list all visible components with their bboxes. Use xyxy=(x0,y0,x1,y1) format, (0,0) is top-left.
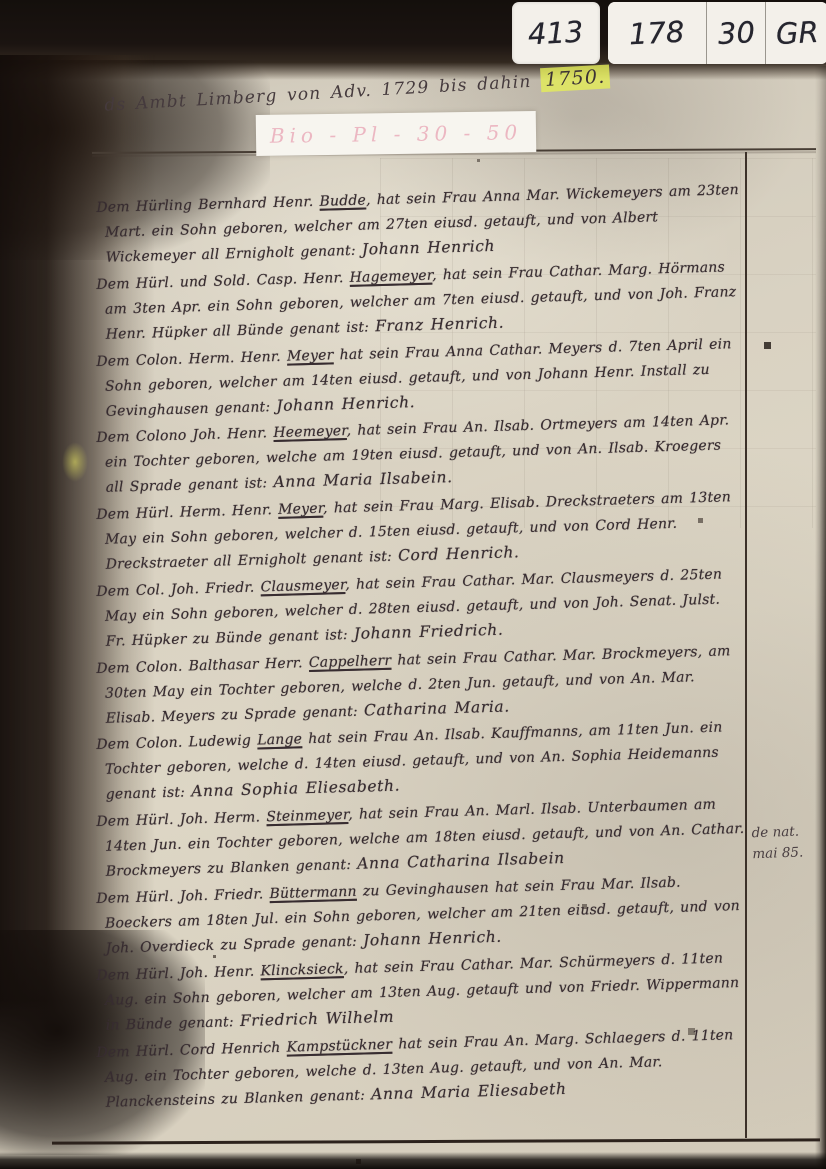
child-name: Anna Maria Ilsabein. xyxy=(273,469,453,492)
scan-border-bottom xyxy=(0,1152,826,1169)
archive-label-cell-2: 178 xyxy=(608,2,707,64)
child-name: Anna Sophia Eliesabeth. xyxy=(191,777,400,801)
child-name: Friedrich Wilhelm xyxy=(240,1008,395,1030)
margin-note: de nat. mai 85. xyxy=(751,821,822,865)
archive-label: 413 178 30 GR xyxy=(512,2,826,64)
archive-code: GR xyxy=(775,15,819,51)
father-surname: Lange xyxy=(257,732,302,749)
register-entry: Dem Hürl. Cord Henrich Kampstückner hat … xyxy=(96,1023,746,1116)
archive-label-divider xyxy=(600,2,608,64)
highlighted-year: 1750. xyxy=(540,64,610,92)
archive-number-2: 178 xyxy=(628,15,685,52)
baptism-entries: Dem Hürling Bernhard Henr. Budde, hat se… xyxy=(96,196,744,1117)
father-surname: Kampstückner xyxy=(286,1036,392,1055)
entry-text-before: Dem Colon. Herm. Henr. xyxy=(96,348,287,369)
archive-label-cell-4: GR xyxy=(766,2,826,64)
entry-text-before: Dem Colon. Ludewig xyxy=(96,733,257,753)
scanned-register-page: 413 178 30 GR ds Ambt Limberg von Adv. 1… xyxy=(0,0,826,1169)
father-surname: Clausmeyer xyxy=(260,577,345,595)
archive-label-group: 178 30 GR xyxy=(608,2,826,64)
archive-stamp: Bio - Pl - 30 - 50 xyxy=(256,111,537,156)
father-surname: Hagemeyer xyxy=(349,267,432,285)
father-surname: Cappelherr xyxy=(309,652,392,670)
child-name: Cord Henrich. xyxy=(398,544,520,565)
entry-text-before: Dem Colon. Balthasar Herr. xyxy=(96,655,309,677)
archive-label-cell-3: 30 xyxy=(707,2,766,64)
father-surname: Meyer xyxy=(287,347,334,364)
entry-text-before: Dem Col. Joh. Friedr. xyxy=(96,579,261,600)
margin-note-line-2: mai 85. xyxy=(752,842,823,865)
father-surname: Budde xyxy=(319,192,366,209)
archive-stamp-text: Bio - Pl - 30 - 50 xyxy=(270,120,523,148)
child-name: Johann Henrich xyxy=(362,237,496,259)
entry-text-after: , hat sein Frau Cathar. Mar. Schürmeyers… xyxy=(105,950,740,1033)
entry-text-before: Dem Hürl. Joh. Henr. xyxy=(96,963,261,984)
father-surname: Klincksieck xyxy=(260,961,344,979)
entry-text-before: Dem Hürl. und Sold. Casp. Henr. xyxy=(96,270,350,293)
entry-text-before: Dem Colono Joh. Henr. xyxy=(96,425,273,446)
margin-rule-line xyxy=(745,152,747,1138)
archive-number-3: 30 xyxy=(717,15,756,51)
father-surname: Steinmeyer xyxy=(266,807,348,825)
child-name: Anna Catharina Ilsabein xyxy=(357,849,565,873)
archive-label-cell-1: 413 xyxy=(512,2,600,64)
child-name: Catharina Maria. xyxy=(364,697,510,719)
father-surname: Büttermann xyxy=(269,884,357,902)
entry-text-before: Dem Hürl. Joh. Herm. xyxy=(96,810,266,831)
child-name: Johann Henrich. xyxy=(363,928,502,950)
entry-text-after: hat sein Frau Anna Cathar. Meyers d. 7te… xyxy=(105,336,732,420)
entry-text-before: Dem Hürling Bernhard Henr. xyxy=(96,194,320,216)
father-surname: Heemeyer xyxy=(273,423,347,441)
father-surname: Meyer xyxy=(278,501,323,518)
yellow-smudge xyxy=(62,442,88,482)
child-name: Franz Henrich. xyxy=(375,314,504,336)
archive-number-1: 413 xyxy=(527,15,584,52)
child-name: Johann Friedrich. xyxy=(354,621,504,643)
margin-note-line-1: de nat. xyxy=(751,821,822,844)
scan-border-right xyxy=(815,66,826,1169)
entry-text-before: Dem Hürl. Herm. Henr. xyxy=(96,502,278,523)
child-name: Johann Henrich. xyxy=(276,393,415,415)
entry-text-before: Dem Hürl. Joh. Friedr. xyxy=(96,886,270,907)
child-name: Anna Maria Eliesabeth xyxy=(371,1080,567,1103)
entry-text-before: Dem Hürl. Cord Henrich xyxy=(96,1039,287,1060)
ink-specks xyxy=(0,0,1,1)
